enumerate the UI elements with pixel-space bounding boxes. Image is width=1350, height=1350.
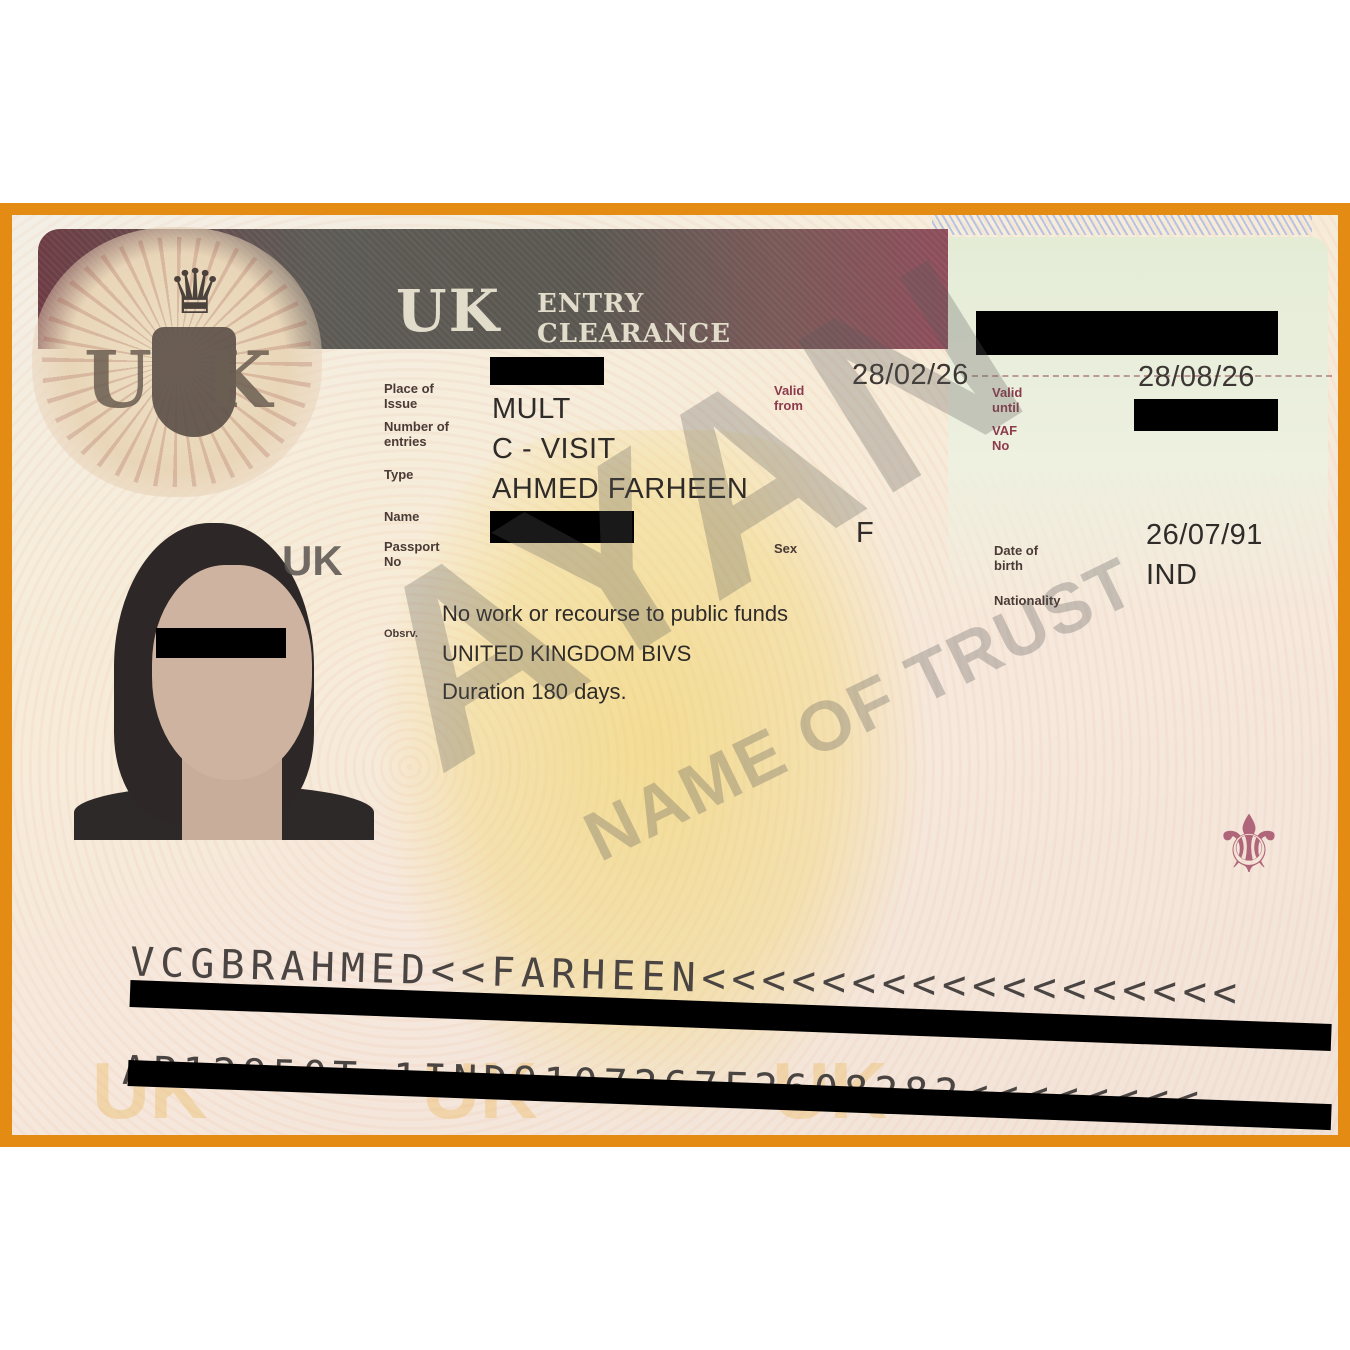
redacted-place-of-issue <box>490 357 604 385</box>
photo-face <box>152 565 312 780</box>
value-date-of-birth: 26/07/91 <box>1146 519 1263 552</box>
value-nationality: IND <box>1146 559 1197 592</box>
title-line-1: ENTRY <box>537 289 731 319</box>
redacted-header-number <box>976 311 1278 355</box>
redacted-vaf-no <box>1134 399 1278 431</box>
value-valid-until: 28/08/26 <box>1138 361 1255 394</box>
security-wave-pattern <box>932 215 1312 235</box>
royal-coat-of-arms-icon: ⚜ <box>1184 795 1314 905</box>
document-frame: ♛ UK UK ENTRY CLEARANCE Place of Issue N… <box>0 203 1350 1147</box>
label-number-of-entries: Number of entries <box>384 419 460 449</box>
label-type: Type <box>384 467 413 482</box>
label-place-of-issue: Place of Issue <box>384 381 444 411</box>
crown-icon: ♛ <box>150 263 240 323</box>
visa-document: ♛ UK UK ENTRY CLEARANCE Place of Issue N… <box>12 215 1338 1135</box>
uk-logo: UK <box>84 335 324 426</box>
redacted-eyes <box>156 628 286 658</box>
label-date-of-birth: Date of birth <box>994 543 1058 573</box>
title-uk: UK <box>396 277 501 345</box>
